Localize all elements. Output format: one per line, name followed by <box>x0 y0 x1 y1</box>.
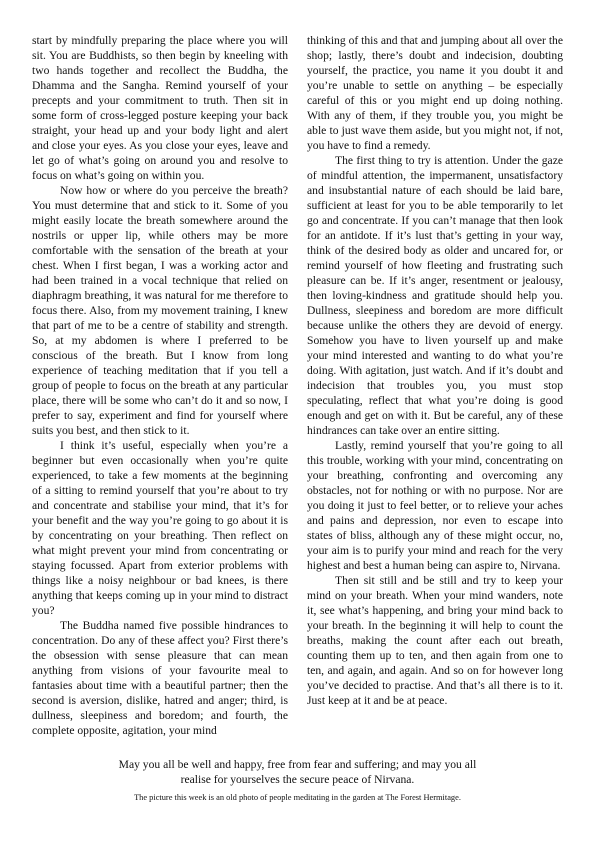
paragraph: start by mindfully preparing the place w… <box>32 33 288 183</box>
right-column: thinking of this and that and jumping ab… <box>307 33 563 708</box>
blessing-line-1: May you all be well and happy, free from… <box>60 757 535 772</box>
blessing-line-2: realise for yourselves the secure peace … <box>60 772 535 787</box>
paragraph: Now how or where do you perceive the bre… <box>32 183 288 438</box>
paragraph: The first thing to try is attention. Und… <box>307 153 563 438</box>
photo-caption: The picture this week is an old photo of… <box>30 792 565 804</box>
paragraph: Then sit still and be still and try to k… <box>307 573 563 708</box>
paragraph: I think it’s useful, especially when you… <box>32 438 288 618</box>
closing-blessing: May you all be well and happy, free from… <box>60 757 535 787</box>
document-page: start by mindfully preparing the place w… <box>0 0 595 842</box>
paragraph: Lastly, remind yourself that you’re goin… <box>307 438 563 573</box>
paragraph: thinking of this and that and jumping ab… <box>307 33 563 153</box>
left-column: start by mindfully preparing the place w… <box>32 33 288 738</box>
paragraph: The Buddha named five possible hindrance… <box>32 618 288 738</box>
